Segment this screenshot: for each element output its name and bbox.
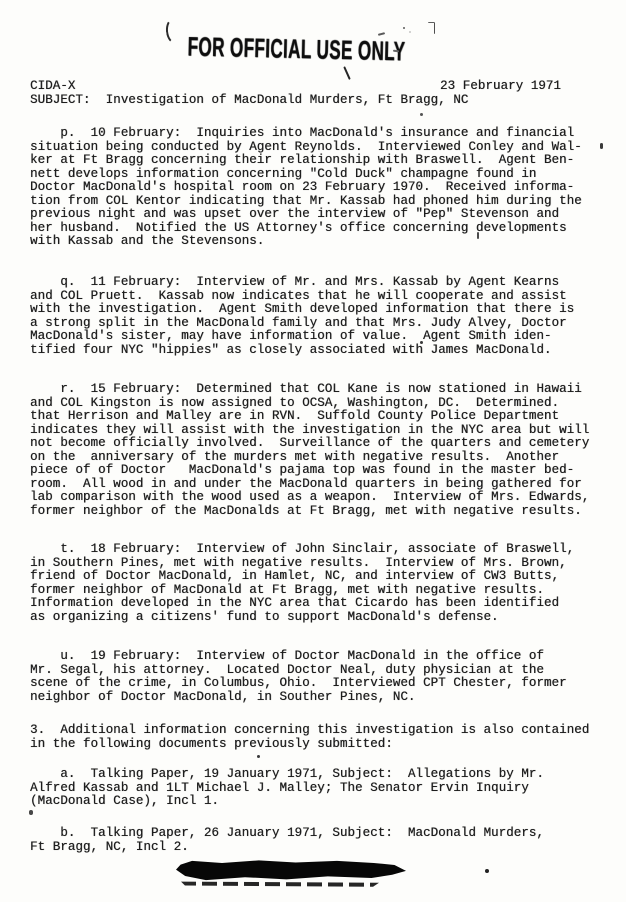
redaction-bar <box>176 860 406 881</box>
scan-noise <box>420 341 423 344</box>
scan-noise <box>29 810 33 815</box>
subject-line: SUBJECT: Investigation of MacDonald Murd… <box>30 94 468 108</box>
paragraph-q: q. 11 February: Interview of Mr. and Mrs… <box>30 276 574 357</box>
scan-noise <box>477 232 479 239</box>
redaction-bar-frays <box>181 881 379 887</box>
scanned-document-page: FOR OFFICIAL USE ONLY CIDA-X 23 February… <box>0 0 626 902</box>
item-3: 3. Additional information concerning thi… <box>30 724 589 751</box>
scan-speck <box>428 22 435 34</box>
pen-stroke-mark <box>343 66 351 80</box>
inclosure-b: b. Talking Paper, 26 January 1971, Subje… <box>30 827 544 854</box>
handwritten-paren-mark <box>165 17 185 45</box>
paragraph-u: u. 19 February: Interview of Doctor MacD… <box>30 650 567 704</box>
classification-stamp: FOR OFFICIAL USE ONLY <box>187 31 405 68</box>
scan-noise <box>420 113 423 116</box>
inclosure-a: a. Talking Paper, 19 January 1971, Subje… <box>30 768 544 809</box>
paragraph-t: t. 18 February: Interview of John Sincla… <box>30 543 574 624</box>
paragraph-p: p. 10 February: Inquiries into MacDonald… <box>30 127 582 249</box>
scan-speck <box>403 27 405 29</box>
office-symbol: CIDA-X <box>30 80 75 94</box>
document-date: 23 February 1971 <box>440 80 561 94</box>
scan-noise <box>600 143 603 149</box>
scan-noise <box>257 755 260 758</box>
paragraph-r: r. 15 February: Determined that COL Kane… <box>30 383 589 518</box>
scan-noise <box>485 869 489 873</box>
